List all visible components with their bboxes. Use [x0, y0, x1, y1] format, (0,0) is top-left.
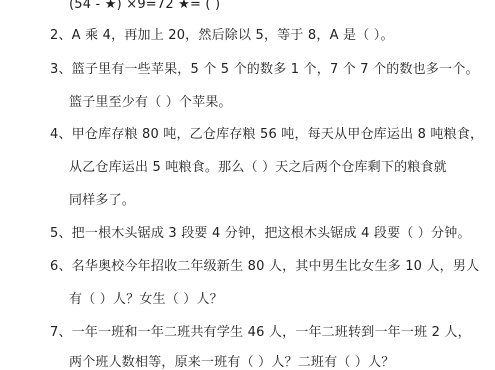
- question-6: 6、名华奥校今年招收二年级新生 80 人，其中男生比女生多 10 人，男人: [50, 259, 479, 275]
- question-4: 4、甲仓库存粮 80 吨，乙仓库存粮 56 吨，每天从甲仓库运出 8 吨粮食，: [50, 127, 483, 143]
- question-1-continuation: (54 - ★) ×9=72 ★= ( ): [69, 0, 220, 13]
- question-3: 3、篮子里有一些苹果，5 个 5 个的数多 1 个，7 个 7 个的数也多一个。: [50, 62, 479, 78]
- question-6-continuation: 有（ ）人？女生（ ）人？: [69, 292, 223, 308]
- question-7: 7、一年一班和一年二班共有学生 46 人，一年二班转到一年一班 2 人，: [50, 325, 471, 341]
- question-4-continuation-2: 同样多了。: [69, 193, 135, 209]
- question-3-continuation: 篮子里至少有（ ）个苹果。: [69, 95, 232, 111]
- question-5: 5、把一根木头锯成 3 段要 4 分钟，把这根木头锯成 4 段要（ ）分钟。: [50, 226, 471, 242]
- question-2: 2、A 乘 4，再加上 20，然后除以 5，等于 8，A 是（ ）。: [50, 28, 394, 44]
- question-4-continuation-1: 从乙仓库运出 5 吨粮食。那么（ ）天之后两个仓库剩下的粮食就: [69, 160, 447, 176]
- question-7-continuation: 两个班人数相等，原来一班有（ ）人？二班有（ ）人？: [69, 355, 394, 370]
